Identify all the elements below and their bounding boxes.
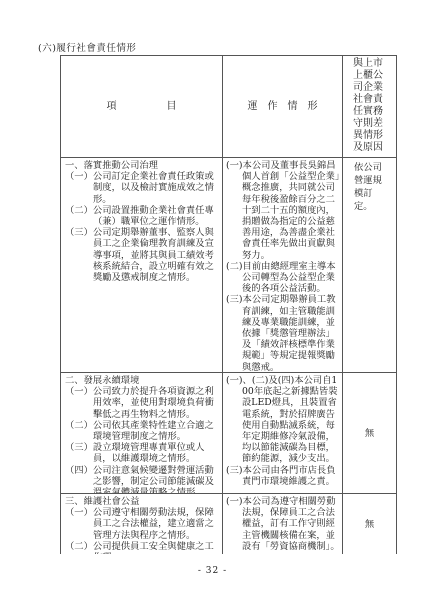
item-point: （三）設立環境管理專責單位或人員，以維護環境之情形。 <box>65 442 220 464</box>
difference-cell: 依公司營運規模訂定。 <box>343 158 397 372</box>
item-point: （一）公司致力於提升各項資源之利用效率，並使用對環境負荷衝擊低之再生物料之情形。 <box>65 386 220 420</box>
header-item-label: 項 目 <box>107 101 177 112</box>
document-page: (六)履行社會責任情形 項 目 運 作 情 形 與上市上櫃公司企業社會責任實務守… <box>0 0 425 600</box>
operation-point: (一)、(二)及(四)本公司自100年底起之新據點皆裝設LED燈具，且裝置省電系… <box>226 375 340 465</box>
operation-cell-environment: (一)、(二)及(四)本公司自100年底起之新據點皆裝設LED燈具，且裝置省電系… <box>223 373 343 493</box>
item-point: （四）公司注意氣候變遷對營運活動之影響，制定公司節能減碳及溫室氣體減量策略之情形… <box>65 465 220 493</box>
item-title: 三、維護社會公益 <box>65 496 220 507</box>
item-point: （二）公司依其產業特性建立合適之環境管理制度之情形。 <box>65 420 220 442</box>
table-row: 一、落實推動公司治理 （一）公司訂定企業社會責任政策或制度，以及檢討實施成效之情… <box>61 158 397 373</box>
operation-cell-welfare: (一)本公司為遵守相關勞動法規，保障員工之合法權益，訂有工作守則經主管機關核備在… <box>223 494 343 554</box>
difference-cell: 無 <box>343 494 397 554</box>
operation-point: (一)本公司及董事長吳錦昌個人首創「公益型企業」概念推廣，共同就公司每年稅後盈餘… <box>226 160 340 261</box>
header-cell-item: 項 目 <box>61 56 223 157</box>
item-cell-environment: 二、發展永續環境 （一）公司致力於提升各項資源之利用效率，並使用對環境負荷衝擊低… <box>61 373 223 493</box>
csr-table: 項 目 運 作 情 形 與上市上櫃公司企業社會責任實務守則差異情形及原因 一、落… <box>60 55 397 554</box>
page-number: - 32 - <box>0 566 425 576</box>
operation-point: (一)本公司為遵守相關勞動法規，保障員工之合法權益，訂有工作守則經主管機關核備在… <box>226 496 340 552</box>
table-row: 二、發展永續環境 （一）公司致力於提升各項資源之利用效率，並使用對環境負荷衝擊低… <box>61 373 397 494</box>
item-cell-governance: 一、落實推動公司治理 （一）公司訂定企業社會責任政策或制度，以及檢討實施成效之情… <box>61 158 223 372</box>
section-heading: (六)履行社會責任情形 <box>38 40 136 54</box>
table-row: 三、維護社會公益 （一）公司遵守相關勞動法規，保障員工之合法權益，建立適當之管理… <box>61 494 397 554</box>
item-point: （一）公司訂定企業社會責任政策或制度，以及檢討實施成效之情形。 <box>65 171 220 205</box>
operation-point: (三)本公司定期舉辦員工教育訓練，如主管職能訓練及專業職能訓練，並依據「獎懲管理… <box>226 294 340 372</box>
difference-cell: 無 <box>343 373 397 493</box>
header-cell-difference: 與上市上櫃公司企業社會責任實務守則差異情形及原因 <box>343 56 397 157</box>
item-point: （一）公司遵守相關勞動法規，保障員工之合法權益，建立適當之管理方法與程序之情形。 <box>65 507 220 541</box>
header-difference-label: 與上市上櫃公司企業社會責任實務守則差異情形及原因 <box>343 56 396 156</box>
item-title: 一、落實推動公司治理 <box>65 160 220 171</box>
item-point: （三）公司定期舉辦董事、監察人與員工之企業倫理教育訓練及宣導事項，並將其與員工績… <box>65 227 220 283</box>
item-cell-welfare: 三、維護社會公益 （一）公司遵守相關勞動法規，保障員工之合法權益，建立適當之管理… <box>61 494 223 554</box>
header-cell-operation: 運 作 情 形 <box>223 56 343 157</box>
operation-point: (二)目前由總經理室主導本公司轉型為公益型企業後的各項公益活動。 <box>226 261 340 295</box>
header-operation-label: 運 作 情 形 <box>248 101 318 112</box>
item-point: （二）公司設置推動企業社會責任專（兼）職單位之運作情形。 <box>65 205 220 227</box>
table-header-row: 項 目 運 作 情 形 與上市上櫃公司企業社會責任實務守則差異情形及原因 <box>61 56 397 158</box>
operation-cell-governance: (一)本公司及董事長吳錦昌個人首創「公益型企業」概念推廣，共同就公司每年稅後盈餘… <box>223 158 343 372</box>
operation-point: (三)本公司由各門市店長負責門市環境維護之責。 <box>226 465 340 487</box>
item-point: （二）公司提供員工安全與健康之工作環 <box>65 541 220 554</box>
item-title: 二、發展永續環境 <box>65 375 220 386</box>
